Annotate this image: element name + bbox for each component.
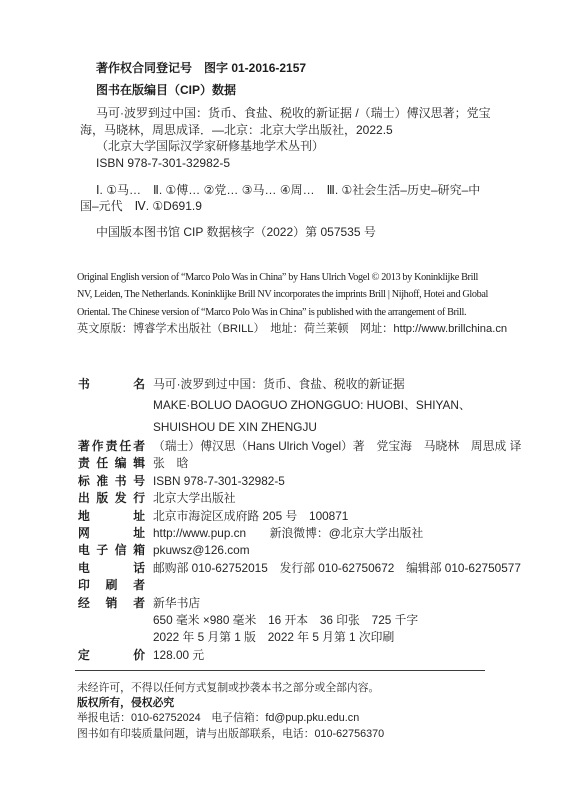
colophon-label: 出版发行 (78, 490, 145, 507)
colophon-label: 印刷者 (78, 577, 145, 594)
brill-copyright-line-1: Original English version of “Marco Polo … (77, 269, 495, 286)
row-book-title-pinyin-2: SHUISHOU DE XIN ZHENGJU (78, 417, 498, 438)
colophon-value: 张 晗 (153, 455, 188, 472)
row-edition: 2022 年 5 月第 1 版 2022 年 5 月第 1 次印刷 (78, 629, 498, 646)
row-price: 定价 128.00 元 (78, 647, 498, 664)
row-distributor: 经销者 新华书店 (78, 595, 498, 612)
colophon-label: 标准书号 (78, 473, 145, 490)
cip-block: 著作权合同登记号 图字 01-2016-2157 图书在版编目（CIP）数据 马… (80, 60, 492, 240)
colophon-label (78, 395, 145, 416)
cip-record-number: 中国版本图书馆 CIP 数据核字（2022）第 057535 号 (80, 224, 492, 241)
no-copy-notice: 未经许可，不得以任何方式复制或抄袭本书之部分或全部内容。 (77, 681, 507, 696)
row-address: 地址 北京市海淀区成府路 205 号 100871 (78, 508, 498, 525)
colophon-value: MAKE·BOLUO DAOGUO ZHONGGUO: HUOBI、SHIYAN… (153, 395, 471, 416)
colophon-value: 北京市海淀区成府路 205 号 100871 (153, 508, 348, 525)
cip-isbn: ISBN 978-7-301-32982-5 (80, 155, 492, 172)
colophon-value: 新华书店 (153, 595, 200, 612)
row-email: 电子信箱 pkuwsz@126.com (78, 542, 498, 559)
cip-entry: 马可·波罗到过中国：货币、食盐、税收的新证据 /（瑞士）傅汉思著；党宝海，马晓林… (80, 105, 492, 138)
colophon-label: 书名 (78, 374, 145, 395)
colophon-value: pkuwsz@126.com (153, 542, 250, 559)
colophon-label: 网址 (78, 525, 145, 542)
row-website: 网址 http://www.pup.cn 新浪微博：@北京大学出版社 (78, 525, 498, 542)
colophon-label (78, 417, 145, 438)
quality-contact: 图书如有印装质量问题，请与出版部联系，电话：010-62756370 (77, 727, 507, 742)
brill-chinese-line: 英文原版：博睿学术出版社（BRILL） 地址：荷兰莱顿 网址：http://ww… (77, 321, 495, 338)
cip-classification: Ⅰ. ①马… Ⅱ. ①傅… ②党… ③马… ④周… Ⅲ. ①社会生活–历史–研究… (80, 182, 492, 215)
row-book-title: 书名 马可·波罗到过中国：货币、食盐、税收的新证据 (78, 374, 498, 395)
colophon-label: 著作责任者 (78, 438, 145, 455)
row-isbn: 标准书号 ISBN 978-7-301-32982-5 (78, 473, 498, 490)
cip-series: （北京大学国际汉学家研修基地学术丛刊） (80, 138, 492, 155)
row-format: 650 毫米 ×980 毫米 16 开本 36 印张 725 千字 (78, 612, 498, 629)
colophon-value: 北京大学出版社 (153, 490, 236, 507)
colophon-label: 经销者 (78, 595, 145, 612)
colophon-value: 128.00 元 (153, 647, 204, 664)
row-editor: 责任编辑 张 晗 (78, 455, 498, 472)
divider-line (75, 670, 485, 671)
colophon-value: 马可·波罗到过中国：货币、食盐、税收的新证据 (153, 374, 405, 395)
colophon-value: 650 毫米 ×980 毫米 16 开本 36 印张 725 千字 (153, 612, 418, 629)
colophon-value: （瑞士）傅汉思（Hans Ulrich Vogel）著 党宝海 马晓林 周思成 … (153, 438, 521, 455)
brill-copyright-line-2: NV, Leiden, The Netherlands. Koninklijke… (77, 286, 495, 303)
colophon-value: ISBN 978-7-301-32982-5 (153, 473, 285, 490)
row-author: 著作责任者 （瑞士）傅汉思（Hans Ulrich Vogel）著 党宝海 马晓… (78, 438, 498, 455)
colophon-label: 电话 (78, 560, 145, 577)
report-contact: 举报电话：010-62752024 电子信箱：fd@pup.pku.edu.cn (77, 711, 507, 726)
brill-copyright-block: Original English version of “Marco Polo … (77, 269, 495, 339)
footer-block: 未经许可，不得以任何方式复制或抄袭本书之部分或全部内容。 版权所有，侵权必究 举… (77, 681, 507, 742)
colophon-label: 电子信箱 (78, 542, 145, 559)
colophon-value: http://www.pup.cn 新浪微博：@北京大学出版社 (153, 525, 423, 542)
rights-statement: 版权所有，侵权必究 (77, 696, 507, 711)
colophon-value: SHUISHOU DE XIN ZHENGJU (153, 417, 317, 438)
colophon-label (78, 612, 145, 629)
colophon-label: 责任编辑 (78, 455, 145, 472)
brill-copyright-line-3: Oriental. The Chinese version of “Marco … (77, 304, 495, 321)
colophon-value: 邮购部 010-62752015 发行部 010-62750672 编辑部 01… (153, 560, 521, 577)
row-book-title-pinyin-1: MAKE·BOLUO DAOGUO ZHONGGUO: HUOBI、SHIYAN… (78, 395, 498, 416)
row-phone: 电话 邮购部 010-62752015 发行部 010-62750672 编辑部… (78, 560, 498, 577)
colophon-value: 2022 年 5 月第 1 版 2022 年 5 月第 1 次印刷 (153, 629, 394, 646)
row-printer: 印刷者 (78, 577, 498, 594)
colophon-label: 地址 (78, 508, 145, 525)
row-publisher: 出版发行 北京大学出版社 (78, 490, 498, 507)
colophon-table: 书名 马可·波罗到过中国：货币、食盐、税收的新证据 MAKE·BOLUO DAO… (78, 374, 498, 664)
copyright-registration-line: 著作权合同登记号 图字 01-2016-2157 (80, 60, 492, 77)
cip-header: 图书在版编目（CIP）数据 (80, 82, 492, 99)
copyright-page: 著作权合同登记号 图字 01-2016-2157 图书在版编目（CIP）数据 马… (0, 0, 567, 800)
colophon-label: 定价 (78, 647, 145, 664)
colophon-label (78, 629, 145, 646)
